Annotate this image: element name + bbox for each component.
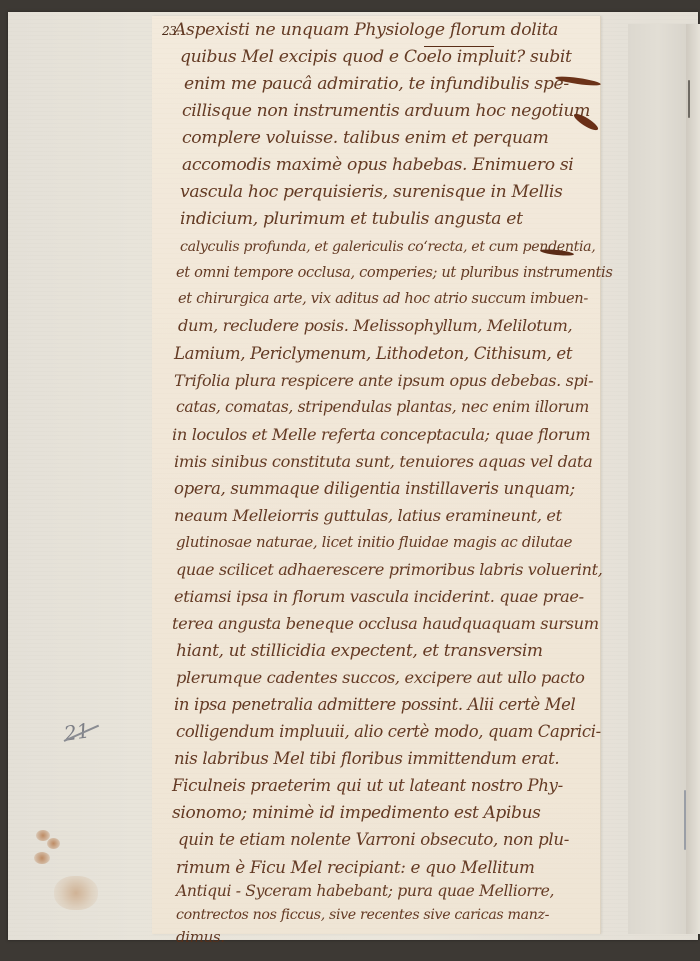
text-line: et chirurgica arte, vix aditus ad hoc at… xyxy=(178,292,588,307)
text-line: in loculos et Melle referta conceptacula… xyxy=(172,427,590,443)
text-line: Trifolia plura respicere ante ipsum opus… xyxy=(174,373,593,389)
text-line: dimus. xyxy=(176,930,225,945)
text-line: in ipsa penetralia admittere possint. Al… xyxy=(174,697,575,713)
text-line: dum, recludere posis. Melissophyllum, Me… xyxy=(178,318,572,334)
text-line: terea angusta beneque occlusa haudquaqua… xyxy=(172,616,599,632)
text-line: contrectos nos ficcus, sive recentes siv… xyxy=(176,908,549,922)
text-line: nis labribus Mel tibi floribus immittend… xyxy=(174,751,559,768)
text-line: Ficulneis praeterim qui ut ut lateant no… xyxy=(172,778,563,795)
text-line: etiamsi ipsa in florum vascula inciderin… xyxy=(174,589,584,605)
text-line: glutinosae naturae, licet initio fluidae… xyxy=(176,535,572,550)
pencil-folio-number: 21 xyxy=(62,718,91,745)
text-line: cillisque non instrumentis arduum hoc ne… xyxy=(182,103,590,120)
text-line: Aspexisti ne unquam Physiologe florum do… xyxy=(174,22,558,39)
written-sheet xyxy=(152,16,601,934)
text-line: hiant, ut stillicidia expectent, et tran… xyxy=(176,643,543,660)
text-line: enim me paucâ admiratio, te infundibulis… xyxy=(184,76,569,93)
stain-diffuse xyxy=(54,876,98,910)
text-line: sionomo; minimè id impedimento est Apibu… xyxy=(172,805,541,822)
text-line: indicium, plurimum et tubulis angusta et xyxy=(180,211,523,228)
text-line: plerumque cadentes succos, excipere aut … xyxy=(176,670,585,686)
text-line: accomodis maximè opus habebas. Enimuero … xyxy=(182,157,573,174)
text-line: Antiqui - Syceram habebant; pura quae Me… xyxy=(176,884,554,900)
text-line: quibus Mel excipis quod e Coelo impluit?… xyxy=(180,49,572,66)
right-edge-tear xyxy=(684,790,686,850)
text-line: et omni tempore occlusa, comperies; ut p… xyxy=(176,266,612,281)
text-line: vascula hoc perquisieris, surenisque in … xyxy=(180,184,562,201)
right-guard-strip xyxy=(628,24,690,934)
text-line: rimum è Ficu Mel recipiant: e quo Mellit… xyxy=(176,859,535,876)
text-line: opera, summaque diligentia instillaveris… xyxy=(174,481,575,498)
right-leaf-edge xyxy=(686,24,700,934)
right-edge-tear xyxy=(688,80,690,118)
text-line: calyculis profunda, et galericulis coʻre… xyxy=(180,240,595,254)
text-line: Lamium, Periclymenum, Lithodeton, Cithis… xyxy=(174,346,572,363)
text-line: catas, comatas, stripendulas plantas, ne… xyxy=(176,400,589,416)
text-line: quae scilicet adhaerescere primoribus la… xyxy=(176,562,602,578)
stain-spot xyxy=(34,852,50,864)
stain-spot xyxy=(47,838,60,849)
text-line: complere voluisse. talibus enim et perqu… xyxy=(182,130,549,147)
text-line: imis sinibus constituta sunt, tenuiores … xyxy=(174,454,592,470)
manuscript-photograph: 21 23. Aspexisti ne unquam Physiologe fl… xyxy=(0,0,700,961)
text-line: colligendum impluuii, alio certè modo, q… xyxy=(176,724,601,740)
text-line: quin te etiam nolente Varroni obsecuto, … xyxy=(178,832,569,849)
text-line: neaum Melleiorris guttulas, latius erami… xyxy=(174,508,562,524)
